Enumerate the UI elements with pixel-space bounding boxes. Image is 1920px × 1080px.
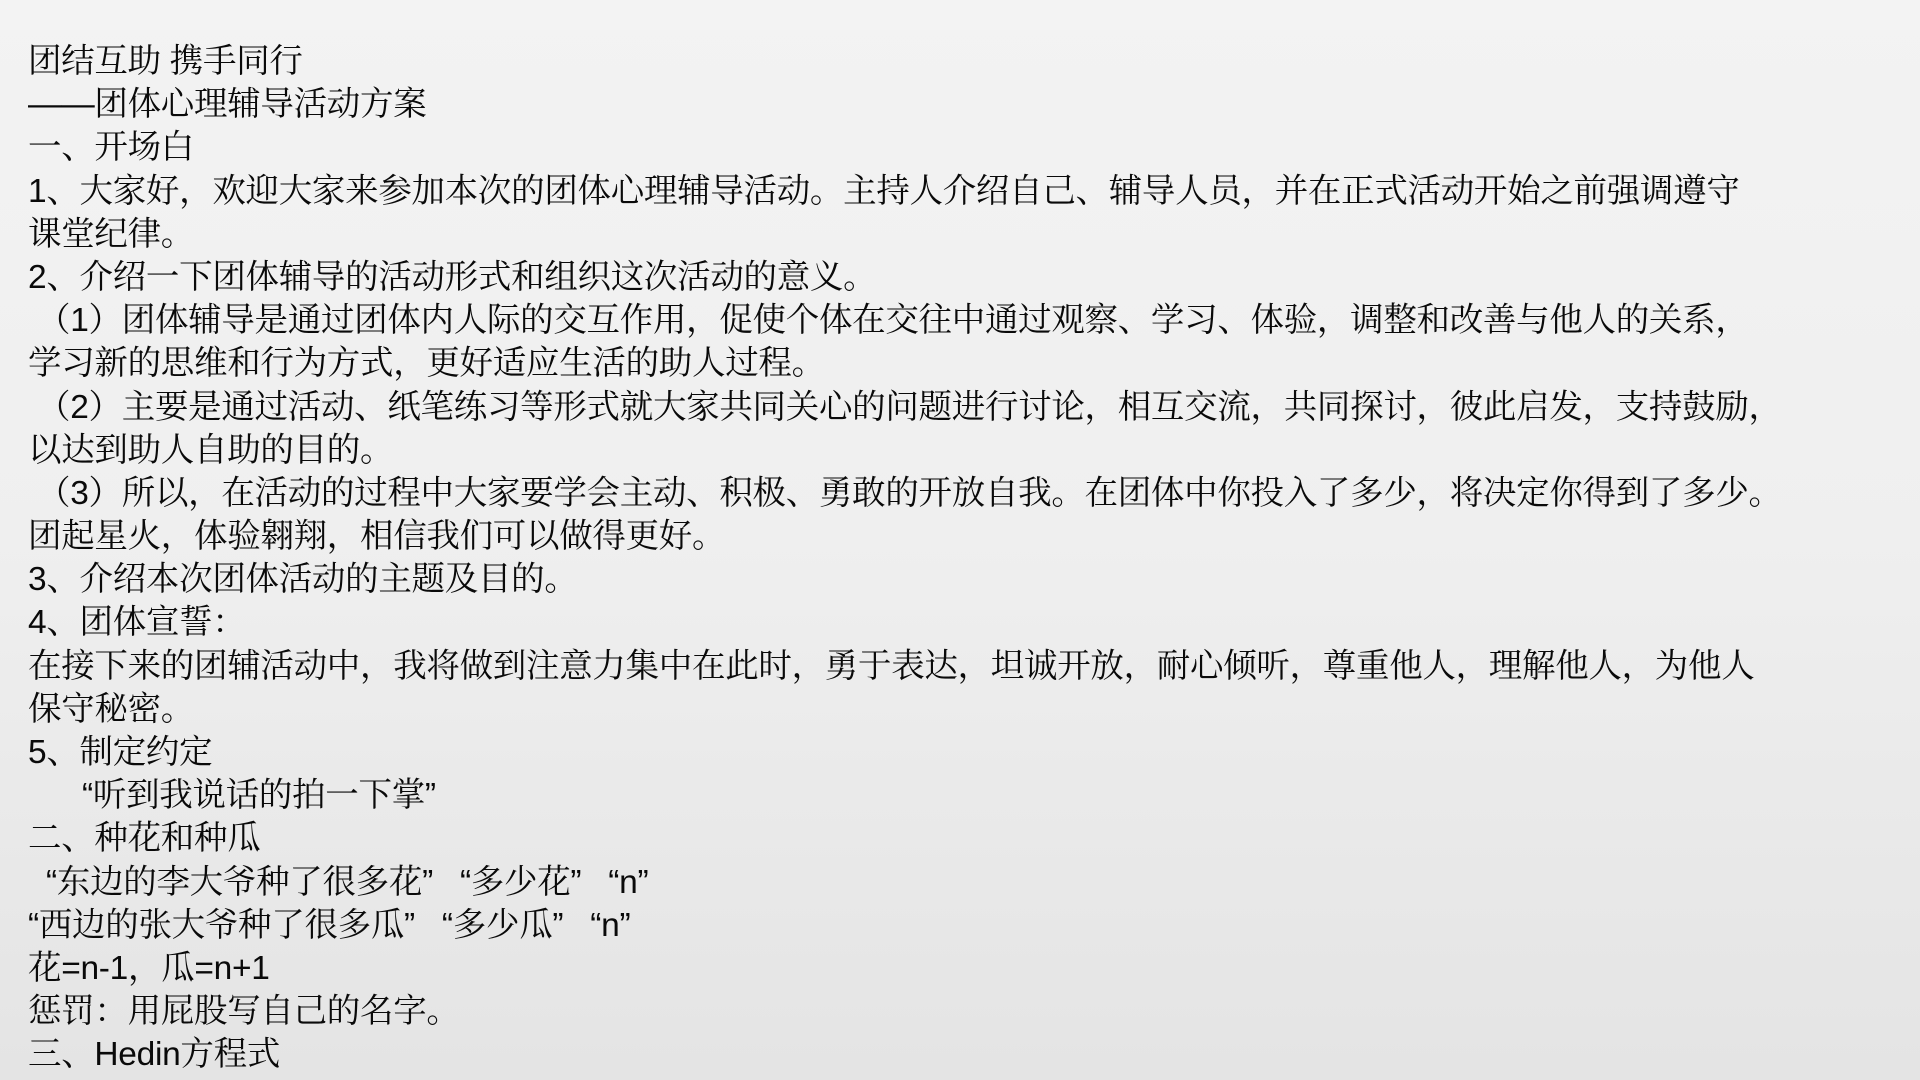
text-line: 3、介绍本次团体活动的主题及目的。 <box>28 558 1908 601</box>
text-line: “东边的李大爷种了很多花” “多少花” “n” <box>28 861 1908 904</box>
text-line: 以达到助人自助的目的。 <box>28 429 1908 472</box>
section-heading-planting: 二、种花和种瓜 <box>28 817 1908 860</box>
text-line: （1）团体辅导是通过团体内人际的交互作用，促使个体在交往中通过观察、学习、体验，… <box>28 299 1908 342</box>
text-line: 学习新的思维和行为方式，更好适应生活的助人过程。 <box>28 342 1908 385</box>
text-line: 1、大家好，欢迎大家来参加本次的团体心理辅导活动。主持人介绍自己、辅导人员，并在… <box>28 170 1908 213</box>
text-line: 团起星火，体验翱翔，相信我们可以做得更好。 <box>28 515 1908 558</box>
text-line: 在接下来的团辅活动中，我将做到注意力集中在此时，勇于表达，坦诚开放，耐心倾听，尊… <box>28 645 1908 688</box>
text-line: 4、团体宣誓： <box>28 601 1908 644</box>
text-line: 课堂纪律。 <box>28 213 1908 256</box>
text-line: 惩罚：用屁股写自己的名字。 <box>28 990 1908 1033</box>
text-line: “听到我说话的拍一下掌” <box>28 774 1908 817</box>
section-heading-hedin: 三、Hedin方程式 <box>28 1033 1908 1076</box>
document-subtitle: ——团体心理辅导活动方案 <box>28 83 1908 126</box>
section-heading-opening: 一、开场白 <box>28 126 1908 169</box>
text-line: 花=n-1，瓜=n+1 <box>28 947 1908 990</box>
document-title: 团结互助 携手同行 <box>28 40 1908 83</box>
text-line: （2）主要是通过活动、纸笔练习等形式就大家共同关心的问题进行讨论，相互交流，共同… <box>28 386 1908 429</box>
text-line: 2、介绍一下团体辅导的活动形式和组织这次活动的意义。 <box>28 256 1908 299</box>
slide-content: 团结互助 携手同行 ——团体心理辅导活动方案 一、开场白 1、大家好，欢迎大家来… <box>28 40 1908 1077</box>
text-line: 保守秘密。 <box>28 688 1908 731</box>
text-line: 5、制定约定 <box>28 731 1908 774</box>
text-line: “西边的张大爷种了很多瓜” “多少瓜” “n” <box>28 904 1908 947</box>
text-line: （3）所以，在活动的过程中大家要学会主动、积极、勇敢的开放自我。在团体中你投入了… <box>28 472 1908 515</box>
